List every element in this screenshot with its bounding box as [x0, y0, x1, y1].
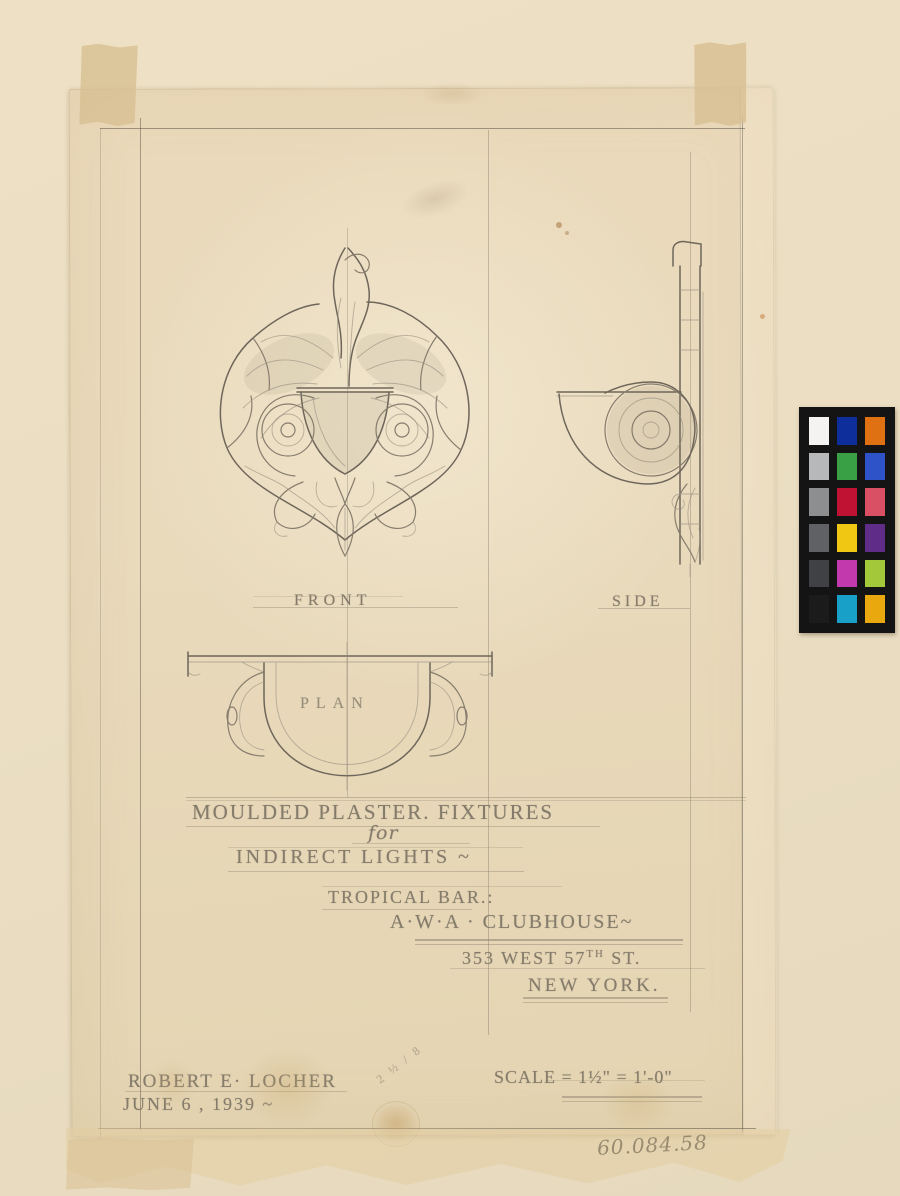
color-swatch — [809, 560, 829, 588]
project-city: NEW YORK. — [528, 976, 661, 995]
color-swatch — [837, 488, 857, 516]
color-swatch — [837, 417, 857, 445]
stain-spot — [760, 314, 765, 319]
color-swatch — [809, 488, 829, 516]
guide-line — [253, 607, 458, 608]
guide-line — [598, 608, 690, 609]
address-number: 353 WEST 57 — [462, 948, 586, 968]
color-swatch — [865, 488, 885, 516]
underline — [415, 939, 683, 941]
color-swatch — [837, 595, 857, 623]
guide-line — [253, 596, 403, 597]
color-swatch — [865, 595, 885, 623]
stain-spot — [565, 231, 569, 235]
color-swatch — [809, 417, 829, 445]
guide-line — [228, 871, 524, 872]
project-line-1: TROPICAL BAR.: — [328, 888, 494, 906]
guide-line — [450, 968, 705, 969]
color-calibration-card — [799, 407, 895, 633]
underline — [415, 944, 683, 945]
side-view-drawing — [555, 232, 780, 577]
stain — [146, 1058, 198, 1108]
archival-photograph: FRONT SIDE PLAN MOULDED PLASTER. FIXTURE… — [0, 0, 900, 1196]
tape-bottom-left — [66, 1138, 194, 1190]
guide-line — [322, 909, 472, 910]
stain — [600, 1072, 675, 1134]
color-swatch — [837, 453, 857, 481]
margin-line-left — [100, 128, 101, 1140]
color-swatch — [809, 524, 829, 552]
tape-top-left — [79, 44, 137, 127]
plan-view-drawing — [182, 642, 500, 792]
address-ordinal: TH — [586, 948, 604, 960]
front-view-drawing — [185, 238, 500, 573]
color-swatch — [809, 595, 829, 623]
project-line-2: A·W·A · CLUBHOUSE~ — [390, 912, 633, 932]
color-swatch — [837, 524, 857, 552]
stain — [420, 82, 484, 106]
color-swatch — [809, 453, 829, 481]
plan-view-label: PLAN — [300, 696, 370, 712]
color-swatch — [837, 560, 857, 588]
underline — [523, 997, 668, 999]
color-swatch — [865, 524, 885, 552]
title-line-2: for — [368, 824, 399, 843]
frame-line-top — [100, 128, 745, 129]
guide-line — [186, 797, 746, 798]
stain-spot — [556, 222, 562, 228]
color-swatch — [865, 417, 885, 445]
project-address: 353 WEST 57TH ST. — [462, 949, 641, 967]
underline — [523, 1002, 668, 1003]
stain — [240, 1048, 335, 1126]
color-swatch — [865, 453, 885, 481]
color-swatch — [865, 560, 885, 588]
title-line-3: INDIRECT LIGHTS ~ — [236, 847, 472, 867]
tape-top-right — [693, 42, 747, 127]
frame-line-left — [140, 118, 141, 1130]
address-street: ST. — [605, 948, 642, 968]
title-line-1: MOULDED PLASTER. FIXTURES — [192, 802, 554, 823]
